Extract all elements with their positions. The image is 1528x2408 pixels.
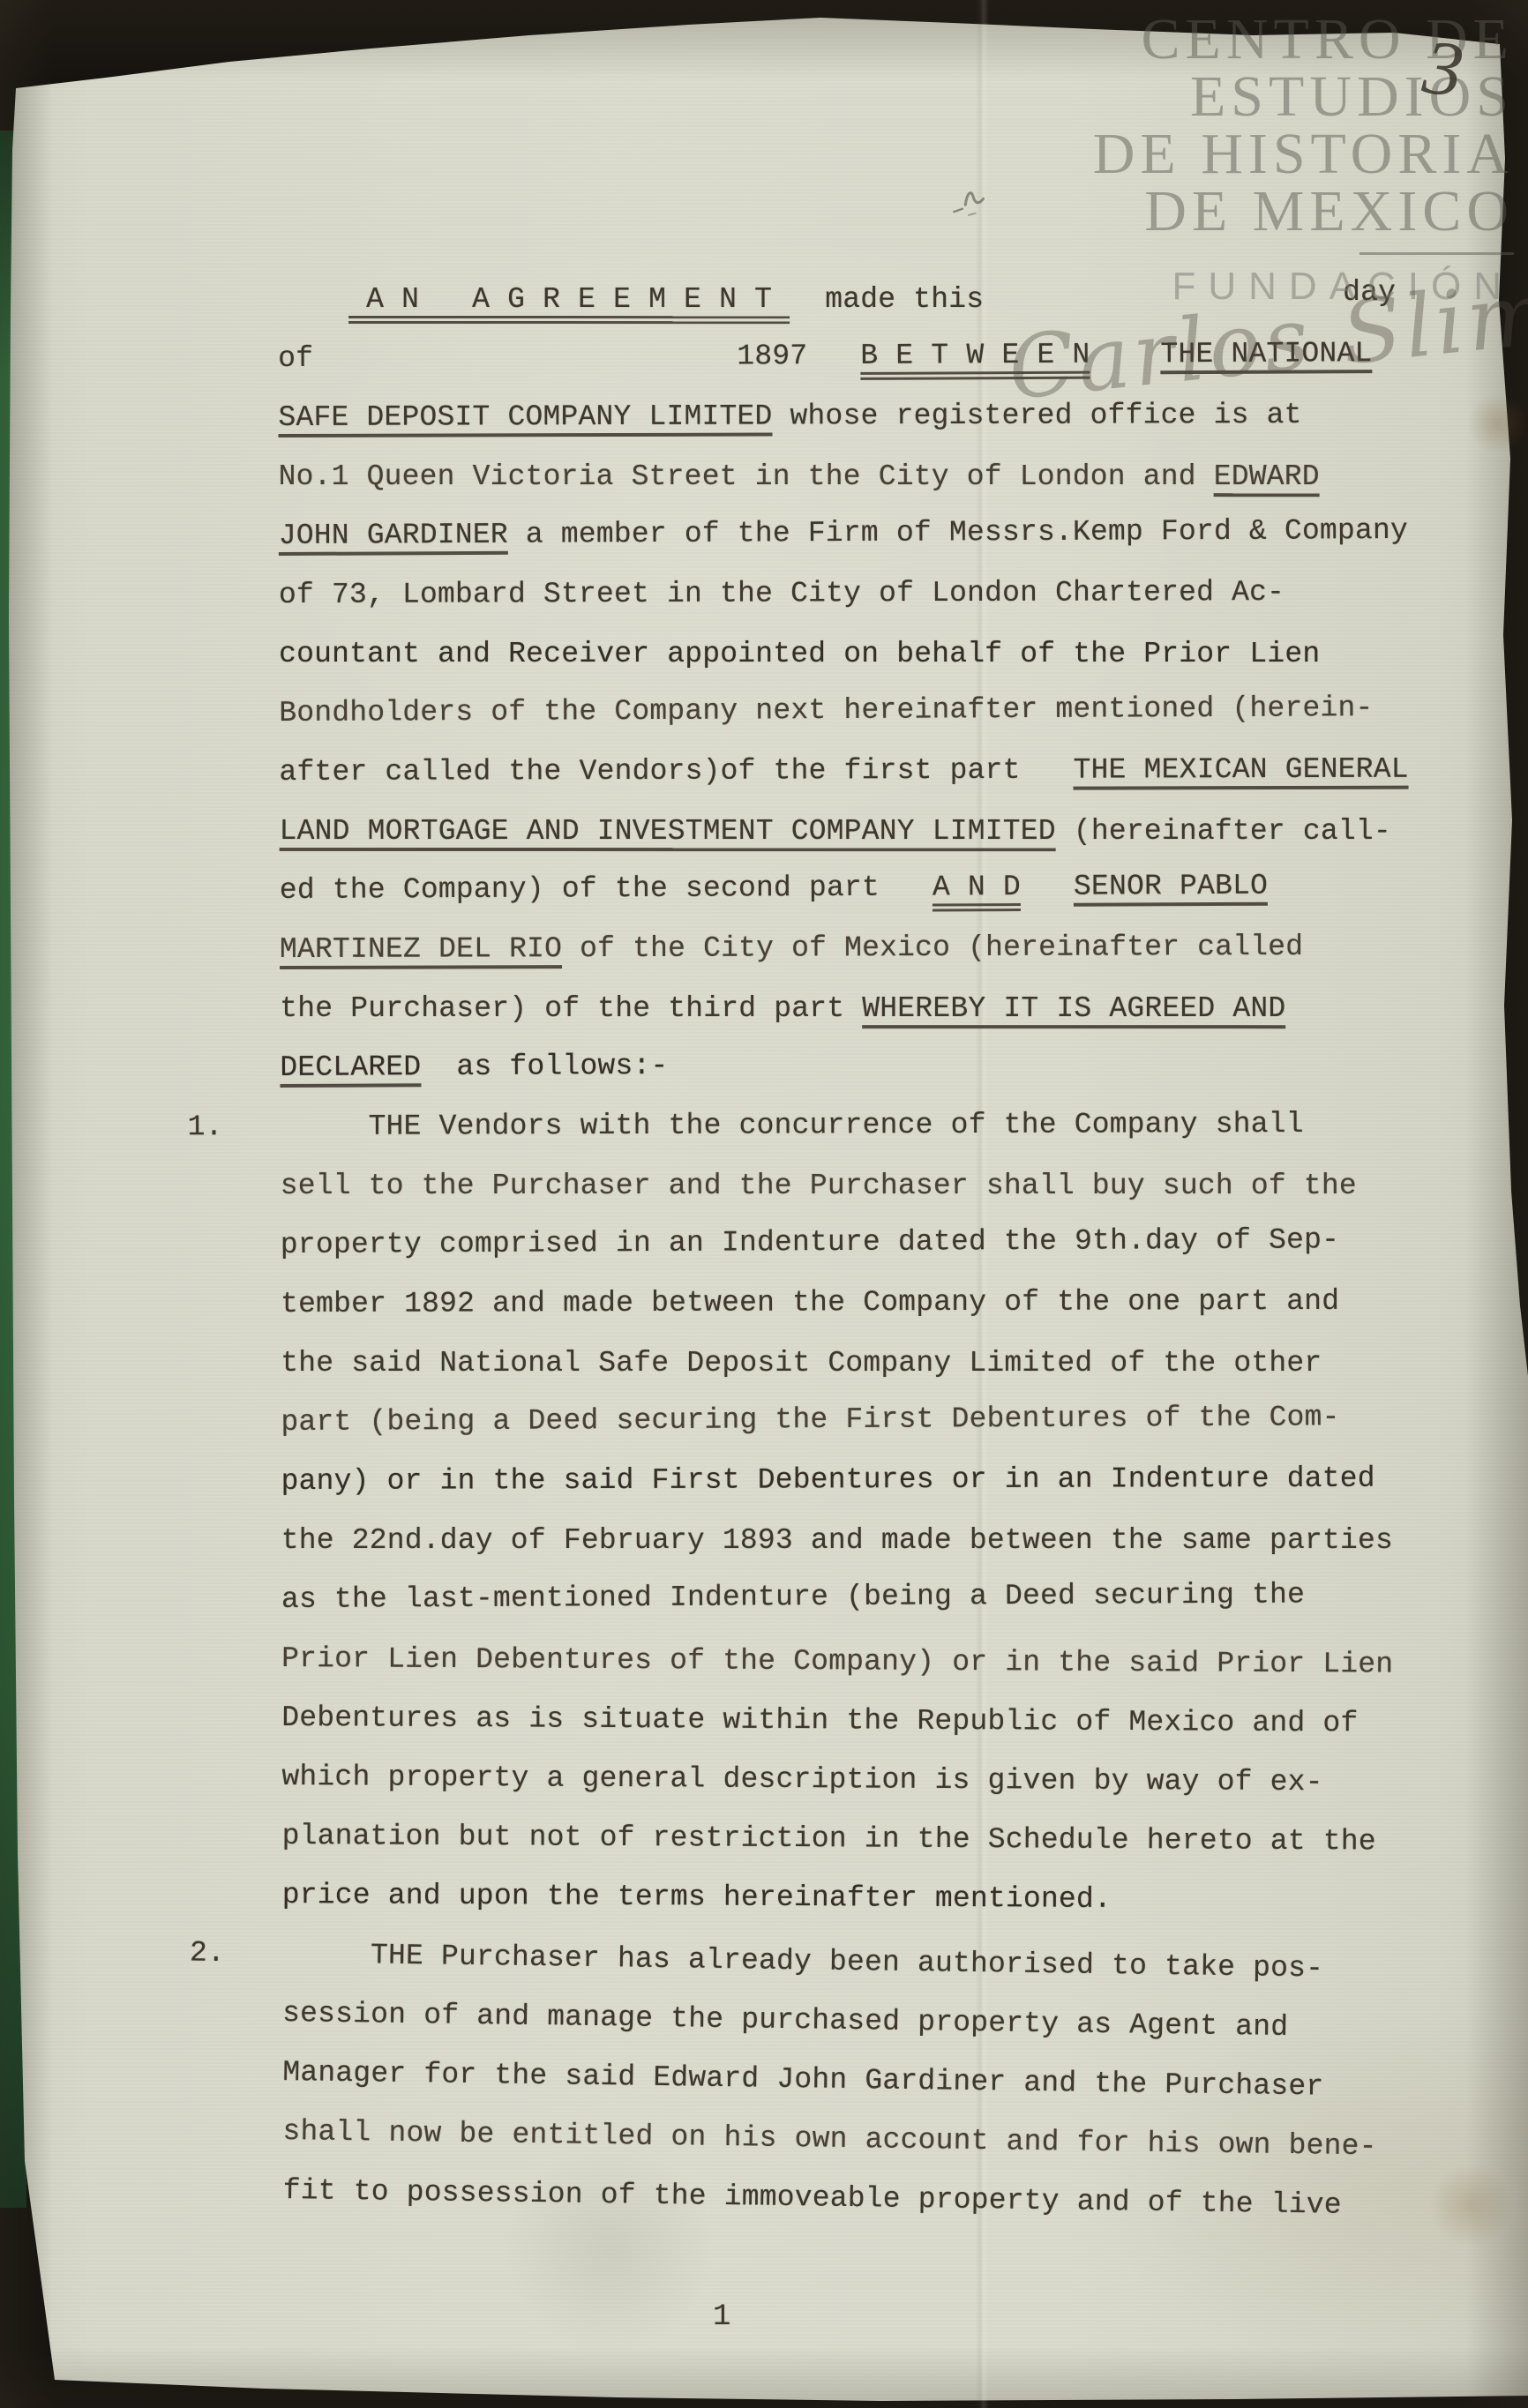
scan-background: A N A G R E E M E N T made thisdayof 189… [0,0,1528,2408]
typed-line: 1. THE Vendors with the concurrence of t… [280,1094,1462,1156]
text-run: pany) or in the said First Debentures or… [281,1462,1375,1498]
text-run: SAFE DEPOSIT COMPANY LIMITED [278,400,772,437]
text-run: part (being a Deed securing the First De… [281,1401,1339,1439]
text-run: DECLARED [280,1051,421,1088]
typed-line: the 22nd.day of February 1893 and made b… [281,1511,1464,1570]
typed-line: Prior Lien Debentures of the Company) or… [281,1629,1464,1694]
typed-line: after called the Vendors)of the first pa… [279,739,1461,802]
text-run: session of and manage the purchased prop… [282,1997,1289,2044]
text-run: THE MEXICAN GENERAL [1074,753,1409,790]
typed-line: countant and Receiver appointed on behal… [279,624,1461,684]
typed-line: sell to the Purchaser and the Purchaser … [281,1156,1463,1215]
text-run: Debentures as is situate within the Repu… [281,1701,1358,1739]
text-run: THE NATIONAL [1160,337,1372,374]
text-run: after called the Vendors)of the first pa… [279,754,1073,789]
text-run: LAND MORTGAGE AND INVESTMENT COMPANY LIM… [280,815,1056,851]
text-run [880,871,933,904]
typed-line: No.1 Queen Victoria Street in the City o… [279,447,1461,506]
typed-line: ed the Company) of the second part A N D… [280,856,1462,920]
text-run: of [278,342,313,375]
text-run: Bondholders of the Company next hereinaf… [279,692,1373,729]
typed-line: SAFE DEPOSIT COMPANY LIMITED whose regis… [278,385,1460,447]
text-run: made this [790,283,984,316]
typed-line: planation but not of restriction in the … [281,1806,1464,1872]
text-run: as the last-mentioned Indenture (being a… [281,1579,1305,1616]
typed-line: the said National Safe Deposit Company L… [281,1334,1463,1393]
text-run: planation but not of restriction in the … [282,1820,1376,1858]
text-run: the Purchaser) of the third part [280,992,862,1025]
typed-line: of 73, Lombard Street in the City of Lon… [279,562,1461,624]
text-run: property comprised in an Indenture dated… [281,1223,1339,1261]
typed-text-block: A N A G R E E M E N T made thisdayof 189… [278,266,1465,2220]
text-run: of the City of Mexico (hereinafter calle… [562,931,1303,965]
typed-line: as the last-mentioned Indenture (being a… [281,1565,1464,1629]
typed-line: price and upon the terms hereinafter men… [282,1866,1464,1931]
page-number: 1 [713,2300,730,2334]
text-run: countant and Receiver appointed on behal… [279,638,1320,670]
text-run [278,283,348,316]
text-run: the said National Safe Deposit Company L… [281,1347,1322,1380]
typed-line: tember 1892 and made between the Company… [281,1271,1463,1334]
text-run: THE Purchaser has already been authorise… [282,1938,1324,1985]
typed-line: of 1897 B E T W E E N THE NATIONAL [278,324,1460,388]
text-run: A N D [933,871,1021,911]
text-run: the 22nd.day of February 1893 and made b… [281,1524,1393,1557]
text-run: of 73, Lombard Street in the City of Lon… [279,576,1285,611]
typed-line: property comprised in an Indenture dated… [281,1210,1463,1275]
text-run: shall now be entitled on his own account… [282,2115,1377,2163]
text-run [1021,871,1074,903]
text-run: No.1 Queen Victoria Street in the City o… [279,460,1214,493]
text-run: (hereinafter call- [1056,815,1391,848]
typed-line: Bondholders of the Company next hereinaf… [279,678,1461,743]
text-run: a member of the Firm of Messrs.Kemp Ford… [508,514,1408,551]
text-run: 1897 [737,340,807,372]
text-run: Prior Lien Debentures of the Company) or… [281,1642,1393,1681]
text-run: Manager for the said Edward John Gardine… [282,2056,1324,2103]
text-run: MARTINEZ DEL RIO [280,932,562,969]
typed-line: A N A G R E E M E N T made thisday [278,270,1460,329]
typed-line: JOHN GARDINER a member of the Firm of Me… [279,501,1461,565]
text-run: fit to possession of the immoveable prop… [282,2174,1342,2222]
typed-line: pany) or in the said First Debentures or… [281,1448,1464,1511]
typed-line: which property a general description is … [281,1747,1464,1813]
text-run: ed the Company) of the second part [280,871,880,907]
typed-line: the Purchaser) of the third part WHEREBY… [280,979,1462,1038]
text-run [1090,338,1160,370]
text-run: price and upon the terms hereinafter men… [282,1879,1112,1916]
clause-number: 1. [187,1097,222,1156]
clause-number: 2. [190,1924,226,1984]
text-run: WHEREBY IT IS AGREED AND [862,992,1285,1028]
typed-line: part (being a Deed securing the First De… [281,1387,1463,1452]
text-run: whose registered office is at [772,399,1301,433]
text-run: B E T W E E N [860,339,1090,380]
text-run [807,340,860,372]
text-run: sell to the Purchaser and the Purchaser … [281,1170,1357,1202]
text-run [313,340,737,375]
text-run: EDWARD [1214,460,1320,497]
typed-line: MARTINEZ DEL RIO of the City of Mexico (… [280,916,1462,979]
typed-line: Debentures as is situate within the Repu… [281,1688,1464,1754]
text-run: THE Vendors with the concurrence of the … [280,1108,1303,1143]
text-run: A N A G R E E M E N T [348,283,790,324]
text-run: tember 1892 and made between the Company… [281,1285,1339,1320]
typed-line: DECLARED as follows:- [280,1033,1462,1097]
pen-mark-icon [945,183,988,223]
text-run: SENOR PABLO [1074,870,1268,907]
text-run: JOHN GARDINER [279,519,508,556]
typed-day-note: day [1343,263,1396,322]
text-run: as follows:- [421,1050,668,1083]
typed-line: LAND MORTGAGE AND INVESTMENT COMPANY LIM… [280,802,1462,861]
text-run: which property a general description is … [281,1761,1322,1799]
